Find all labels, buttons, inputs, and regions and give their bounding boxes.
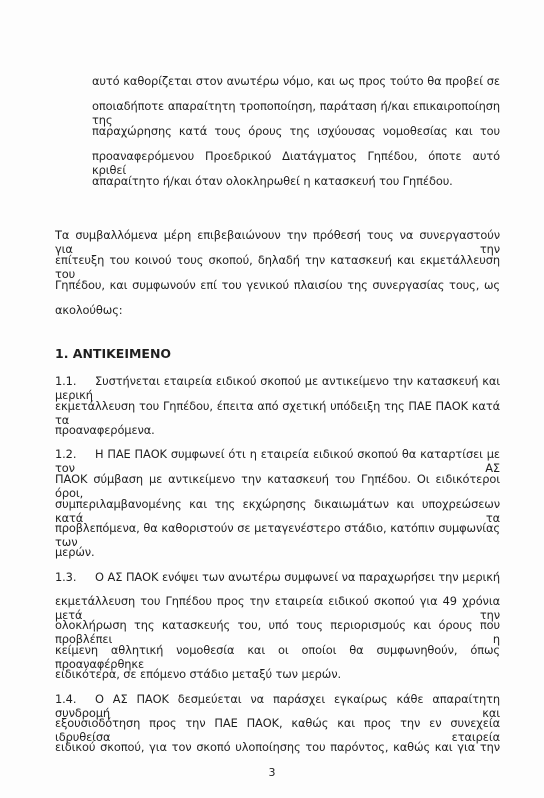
agreement-line: ακολούθως: [55,303,123,317]
intro-line: παραχώρησης κατά τους όρους της ισχύουσα… [92,124,500,138]
clause-1-2-line: 1.2.Η ΠΑΕ ΠΑΟΚ συμφωνεί ότι η εταιρεία ε… [55,447,500,475]
clause-1-2-line: προβλεπόμενα, θα καθοριστούν σε μεταγενέ… [55,521,500,549]
clause-1-1-line: προαναφερόμενα. [55,423,155,437]
clause-1-2-line: μερών. [55,545,95,559]
clause-1-3-line: ολοκλήρωση της κατασκευής του, υπό τους … [55,618,500,646]
agreement-line: Γηπέδου, και συμφωνούν επί του γενικού π… [55,278,500,292]
intro-line: απαραίτητο ή/και όταν ολοκληρωθεί η κατα… [92,174,453,188]
clause-1-1-line: 1.1.Συστήνεται εταιρεία ειδικού σκοπού μ… [55,374,500,402]
clause-number: 1.4. [55,692,95,706]
clause-1-2-line: ΠΑΟΚ σύμβαση με αντικείμενο την κατασκευ… [55,472,500,500]
agreement-line: Τα συμβαλλόμενα μέρη επιβεβαιώνουν την π… [55,228,500,256]
page-number: 3 [0,766,544,779]
intro-line: οποιαδήποτε απαραίτητη τροποποίηση, παρά… [92,99,500,127]
section-heading: 1. ΑΝΤΙΚΕΙΜΕΝΟ [55,346,171,361]
clause-1-3-line: ειδικότερα, σε επόμενο στάδιο μεταξύ των… [55,667,341,681]
clause-number: 1.1. [55,374,95,388]
intro-line: αυτό καθορίζεται στον ανωτέρω νόμο, και … [92,74,500,88]
agreement-line: επίτευξη του κοινού τους σκοπού, δηλαδή … [55,253,500,281]
clause-number: 1.3. [55,570,95,584]
clause-1-4-line: ειδικού σκοπού, για τον σκοπό υλοποίησης… [55,740,500,754]
intro-line: προαναφερόμενου Προεδρικού Διατάγματος Γ… [92,149,500,177]
document-page: αυτό καθορίζεται στον ανωτέρω νόμο, και … [0,0,544,798]
clause-number: 1.2. [55,447,95,461]
clause-1-3-line: 1.3.Ο ΑΣ ΠΑΟΚ ενόψει των ανωτέρω συμφωνε… [55,570,500,584]
